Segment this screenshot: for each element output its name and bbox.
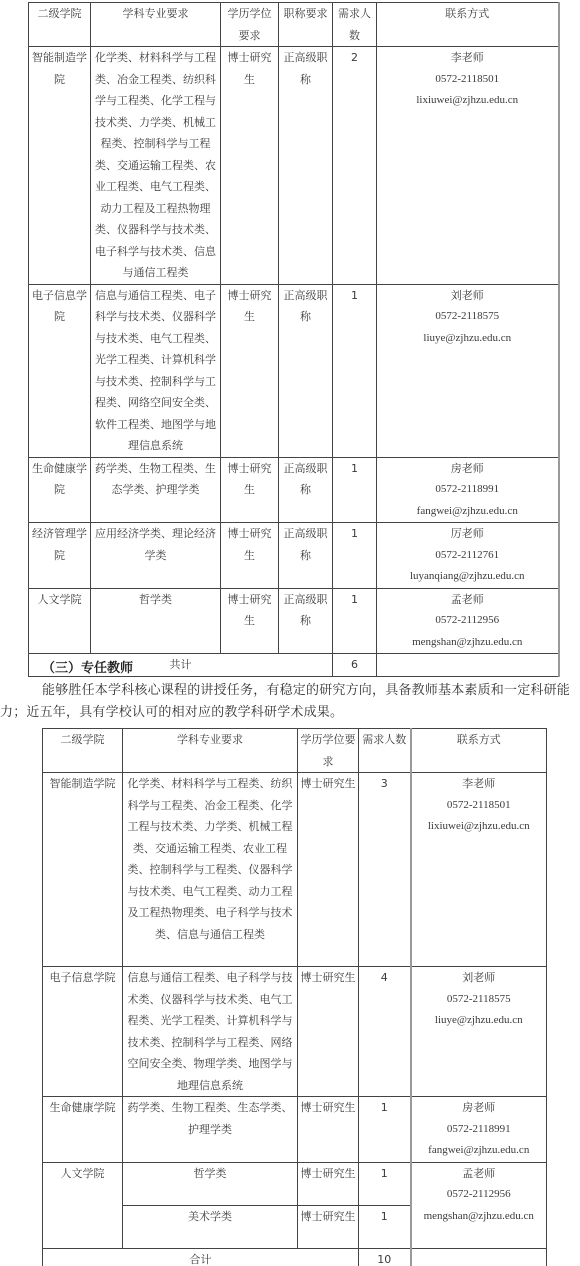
degree-cell: 博士研究生 bbox=[221, 47, 279, 285]
degree-cell: 博士研究生 bbox=[298, 1162, 359, 1205]
table-header-row: 二级学院 学科专业要求 学历学位要求 职称要求 需求人数 联系方式 bbox=[29, 3, 559, 47]
contact-email[interactable]: fangwei@zjhzu.edu.cn bbox=[414, 1140, 545, 1162]
table-header-row: 二级学院 学科专业要求 学历学位要求 需求人数 联系方式 bbox=[43, 729, 547, 773]
header-college: 二级学院 bbox=[29, 3, 91, 47]
contact-name: 李老师 bbox=[414, 773, 545, 795]
title-cell: 正高级职称 bbox=[279, 47, 333, 285]
table-row: 智能制造学院 化学类、材料科学与工程类、纺织科学与工程类、冶金工程类、化学工程与… bbox=[43, 773, 547, 967]
contact-name: 刘老师 bbox=[379, 285, 556, 307]
contact-cell: 刘老师 0572-2118575 liuye@zjhzu.edu.cn bbox=[377, 284, 559, 457]
contact-name: 孟老师 bbox=[379, 589, 556, 611]
total-count: 6 bbox=[333, 654, 377, 677]
table-row: 电子信息学院 信息与通信工程类、电子科学与技术类、仪器科学与技术类、电气工程类、… bbox=[29, 284, 559, 457]
count-cell: 2 bbox=[333, 47, 377, 285]
majors-cell: 哲学类 bbox=[91, 588, 221, 654]
majors-cell: 化学类、材料科学与工程类、冶金工程类、纺织科学与工程类、化学工程与技术类、力学类… bbox=[91, 47, 221, 285]
table-row: 电子信息学院 信息与通信工程类、电子科学与技术类、仪器科学与技术类、电气工程类、… bbox=[43, 967, 547, 1097]
contact-phone: 0572-2118991 bbox=[414, 1119, 545, 1141]
title-cell: 正高级职称 bbox=[279, 523, 333, 589]
contact-phone: 0572-2118991 bbox=[379, 479, 556, 501]
degree-cell: 博士研究生 bbox=[298, 967, 359, 1097]
degree-cell: 博士研究生 bbox=[221, 523, 279, 589]
total-label: 合计 bbox=[43, 1248, 359, 1266]
contact-name: 厉老师 bbox=[379, 523, 556, 545]
degree-cell: 博士研究生 bbox=[221, 457, 279, 523]
contact-name: 李老师 bbox=[379, 47, 556, 69]
count-cell: 1 bbox=[333, 588, 377, 654]
header-college: 二级学院 bbox=[43, 729, 123, 773]
contact-phone: 0572-2112761 bbox=[379, 545, 556, 567]
title-cell: 正高级职称 bbox=[279, 284, 333, 457]
contact-email[interactable]: fangwei@zjhzu.edu.cn bbox=[379, 501, 556, 523]
title-cell: 正高级职称 bbox=[279, 588, 333, 654]
contact-phone: 0572-2112956 bbox=[414, 1184, 545, 1206]
header-majors: 学科专业要求 bbox=[91, 3, 221, 47]
count-cell: 1 bbox=[333, 284, 377, 457]
contact-email[interactable]: mengshan@zjhzu.edu.cn bbox=[414, 1206, 545, 1228]
contact-cell: 李老师 0572-2118501 lixiuwei@zjhzu.edu.cn bbox=[377, 47, 559, 285]
contact-phone: 0572-2118501 bbox=[414, 795, 545, 817]
contact-name: 房老师 bbox=[414, 1097, 545, 1119]
header-contact: 联系方式 bbox=[377, 3, 559, 47]
contact-cell: 李老师 0572-2118501 lixiuwei@zjhzu.edu.cn bbox=[411, 773, 547, 967]
degree-cell: 博士研究生 bbox=[221, 588, 279, 654]
contact-cell: 刘老师 0572-2118575 liuye@zjhzu.edu.cn bbox=[411, 967, 547, 1097]
count-cell: 1 bbox=[359, 1097, 411, 1163]
total-empty bbox=[377, 654, 559, 677]
header-count: 需求人数 bbox=[333, 3, 377, 47]
count-cell: 1 bbox=[333, 457, 377, 523]
count-cell: 3 bbox=[359, 773, 411, 967]
contact-name: 房老师 bbox=[379, 458, 556, 480]
total-count: 10 bbox=[359, 1248, 411, 1266]
contact-email[interactable]: liuye@zjhzu.edu.cn bbox=[414, 1010, 545, 1032]
total-empty bbox=[411, 1248, 547, 1266]
count-cell: 4 bbox=[359, 967, 411, 1097]
majors-cell: 美术学类 bbox=[123, 1205, 298, 1248]
college-cell: 智能制造学院 bbox=[43, 773, 123, 967]
college-cell: 电子信息学院 bbox=[29, 284, 91, 457]
section-title: （三）专任教师 bbox=[42, 657, 133, 676]
majors-cell: 药学类、生物工程类、生态学类、护理学类 bbox=[91, 457, 221, 523]
majors-cell: 化学类、材料科学与工程类、纺织科学与工程类、冶金工程类、化学工程与技术类、力学类… bbox=[123, 773, 298, 967]
degree-cell: 博士研究生 bbox=[221, 284, 279, 457]
college-cell: 生命健康学院 bbox=[43, 1097, 123, 1163]
section-paragraph: 能够胜任本学科核心课程的讲授任务，有稳定的研究方向，具备教师基本素质和一定科研能… bbox=[0, 680, 578, 724]
degree-cell: 博士研究生 bbox=[298, 773, 359, 967]
count-cell: 1 bbox=[359, 1205, 411, 1248]
count-cell: 1 bbox=[333, 523, 377, 589]
total-row: 合计 10 bbox=[43, 1248, 547, 1266]
majors-cell: 信息与通信工程类、电子科学与技术类、仪器科学与技术类、电气工程类、光学工程类、计… bbox=[123, 967, 298, 1097]
table-row: 生命健康学院 药学类、生物工程类、生态学类、护理学类 博士研究生 正高级职称 1… bbox=[29, 457, 559, 523]
majors-cell: 哲学类 bbox=[123, 1162, 298, 1205]
contact-email[interactable]: lixiuwei@zjhzu.edu.cn bbox=[379, 90, 556, 112]
count-cell: 1 bbox=[359, 1162, 411, 1205]
contact-cell: 房老师 0572-2118991 fangwei@zjhzu.edu.cn bbox=[377, 457, 559, 523]
college-cell: 智能制造学院 bbox=[29, 47, 91, 285]
header-title: 职称要求 bbox=[279, 3, 333, 47]
college-cell: 经济管理学院 bbox=[29, 523, 91, 589]
contact-email[interactable]: lixiuwei@zjhzu.edu.cn bbox=[414, 816, 545, 838]
header-count: 需求人数 bbox=[359, 729, 411, 773]
majors-cell: 信息与通信工程类、电子科学与技术类、仪器科学与技术类、电气工程类、光学工程类、计… bbox=[91, 284, 221, 457]
table-row: 生命健康学院 药学类、生物工程类、生态学类、护理学类 博士研究生 1 房老师 0… bbox=[43, 1097, 547, 1163]
contact-email[interactable]: mengshan@zjhzu.edu.cn bbox=[379, 632, 556, 654]
contact-phone: 0572-2118575 bbox=[379, 306, 556, 328]
college-cell: 人文学院 bbox=[29, 588, 91, 654]
college-cell: 电子信息学院 bbox=[43, 967, 123, 1097]
degree-cell: 博士研究生 bbox=[298, 1097, 359, 1163]
contact-phone: 0572-2112956 bbox=[379, 610, 556, 632]
contact-cell: 厉老师 0572-2112761 luyanqiang@zjhzu.edu.cn bbox=[377, 523, 559, 589]
majors-cell: 应用经济学类、理论经济学类 bbox=[91, 523, 221, 589]
college-cell: 人文学院 bbox=[43, 1162, 123, 1248]
degree-cell: 博士研究生 bbox=[298, 1205, 359, 1248]
college-cell: 生命健康学院 bbox=[29, 457, 91, 523]
positions-table-fulltime: 二级学院 学科专业要求 学历学位要求 需求人数 联系方式 智能制造学院 化学类、… bbox=[42, 728, 547, 1266]
contact-phone: 0572-2118501 bbox=[379, 69, 556, 91]
contact-cell: 房老师 0572-2118991 fangwei@zjhzu.edu.cn bbox=[411, 1097, 547, 1163]
contact-email[interactable]: liuye@zjhzu.edu.cn bbox=[379, 328, 556, 350]
contact-email[interactable]: luyanqiang@zjhzu.edu.cn bbox=[379, 566, 556, 588]
table-row: 智能制造学院 化学类、材料科学与工程类、冶金工程类、纺织科学与工程类、化学工程与… bbox=[29, 47, 559, 285]
contact-name: 孟老师 bbox=[414, 1163, 545, 1185]
header-majors: 学科专业要求 bbox=[123, 729, 298, 773]
contact-cell: 孟老师 0572-2112956 mengshan@zjhzu.edu.cn bbox=[377, 588, 559, 654]
header-contact: 联系方式 bbox=[411, 729, 547, 773]
positions-table-senior: 二级学院 学科专业要求 学历学位要求 职称要求 需求人数 联系方式 智能制造学院… bbox=[28, 2, 560, 677]
contact-cell: 孟老师 0572-2112956 mengshan@zjhzu.edu.cn bbox=[411, 1162, 547, 1248]
table-row: 人文学院 哲学类 博士研究生 1 孟老师 0572-2112956 mengsh… bbox=[43, 1162, 547, 1205]
title-cell: 正高级职称 bbox=[279, 457, 333, 523]
header-degree: 学历学位要求 bbox=[298, 729, 359, 773]
header-degree: 学历学位要求 bbox=[221, 3, 279, 47]
table-row: 人文学院 哲学类 博士研究生 正高级职称 1 孟老师 0572-2112956 … bbox=[29, 588, 559, 654]
contact-name: 刘老师 bbox=[414, 967, 545, 989]
majors-cell: 药学类、生物工程类、生态学类、护理学类 bbox=[123, 1097, 298, 1163]
table-row: 经济管理学院 应用经济学类、理论经济学类 博士研究生 正高级职称 1 厉老师 0… bbox=[29, 523, 559, 589]
contact-phone: 0572-2118575 bbox=[414, 989, 545, 1011]
